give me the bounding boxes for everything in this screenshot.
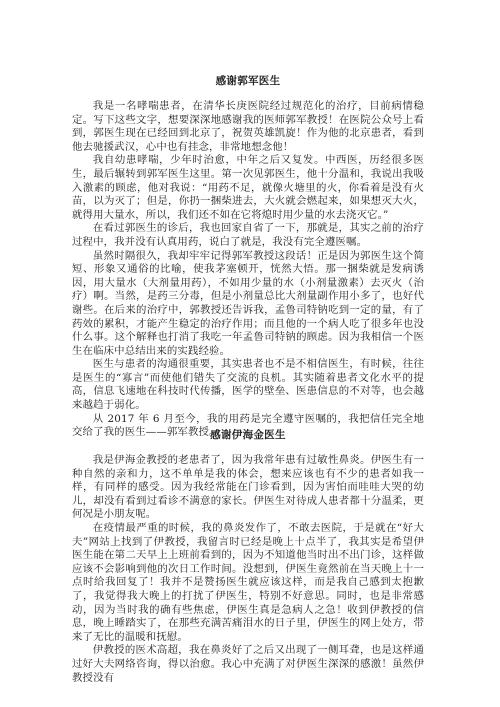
article-thanks-guo-jun: 感谢郭军医生 我是一名哮喘患者，在清华长庚医院经过规范化的治疗，目前病情稳定。写… xyxy=(72,74,424,440)
article-title: 感谢伊海金医生 xyxy=(72,428,424,442)
paragraph: 我是伊海金教授的老患者了，因为我常年患有过敏性鼻炎。伊医生有一种自然的亲和力，这… xyxy=(72,454,424,522)
document-page: 感谢郭军医生 我是一名哮喘患者，在清华长庚医院经过规范化的治疗，目前病情稳定。写… xyxy=(0,0,500,707)
paragraph: 虽然时隔很久，我却牢牢记得郭军教授这段话！正是因为郭医生这个简短、形象又通俗的比… xyxy=(72,250,424,359)
paragraph: 医生与患者的沟通很重要，其实患者也不是不相信医生，有时候，往往是医生的“寡言”而… xyxy=(72,358,424,412)
paragraph: 伊教授的医术高超，我在鼻炎好了之后又出现了一侧耳聋，也是这样通过好大夫网络咨询，… xyxy=(72,644,424,685)
paragraph: 我是一名哮喘患者，在清华长庚医院经过规范化的治疗，目前病情稳定。写下这些文字，想… xyxy=(72,100,424,154)
article-thanks-yi-haijin: 感谢伊海金医生 我是伊海金教授的老患者了，因为我常年患有过敏性鼻炎。伊医生有一种… xyxy=(72,428,424,685)
paragraph: 在疫情最严重的时候，我的鼻炎发作了，不敢去医院，于是就在“好大夫”网站上找到了伊… xyxy=(72,522,424,644)
article-title: 感谢郭军医生 xyxy=(72,74,424,88)
paragraph: 在看过郭医生的诊后，我也回家自省了一下，那就是，其实之前的治疗过程中，我并没有认… xyxy=(72,222,424,249)
paragraph: 我自幼患哮喘，少年时治愈，中年之后又复发。中西医，历经很多医生，最后辗转到郭军医… xyxy=(72,154,424,222)
